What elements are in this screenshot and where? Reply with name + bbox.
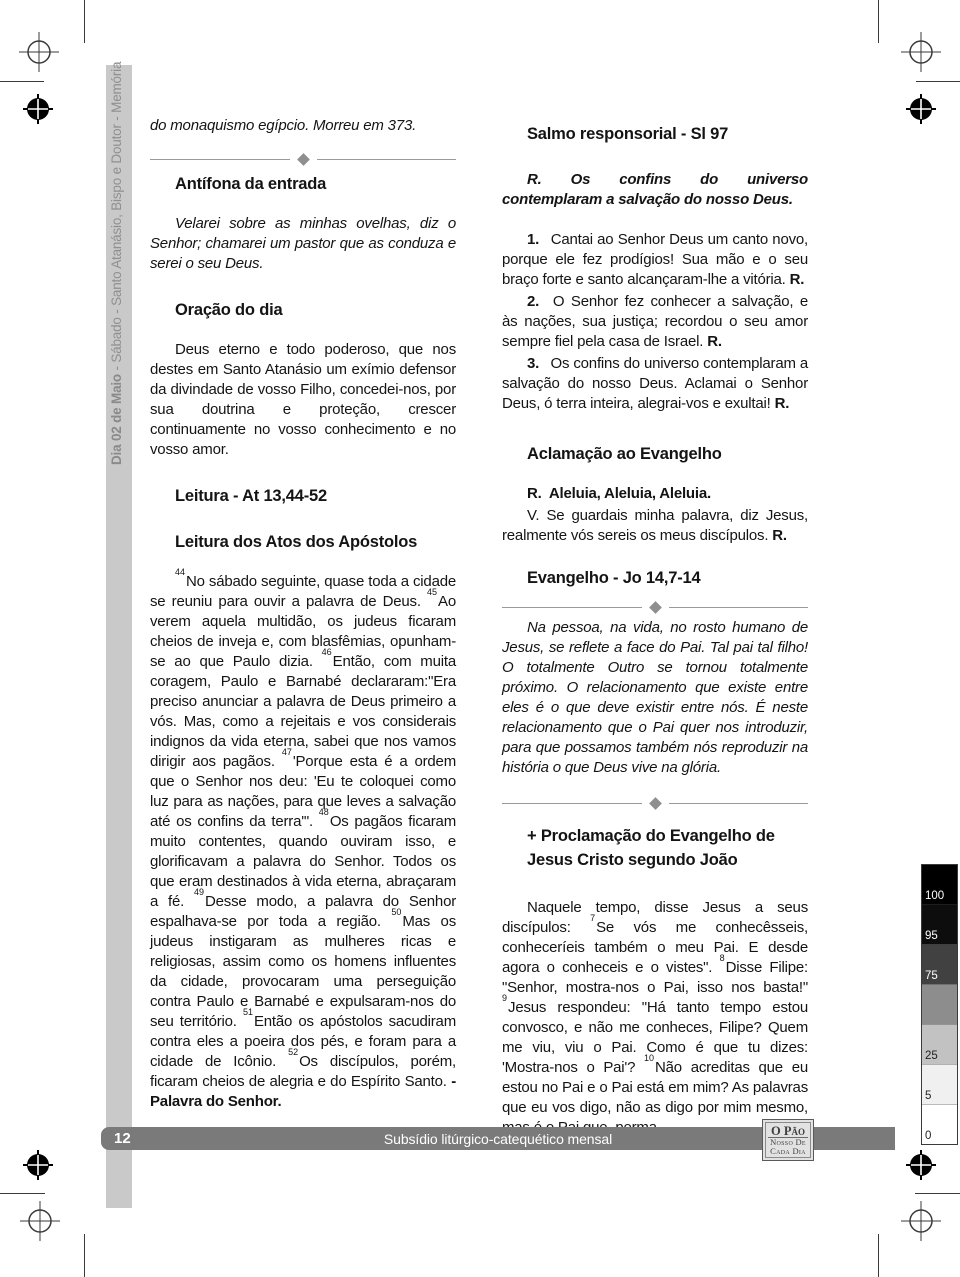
divider-line: [502, 803, 642, 804]
crop-mark: [878, 0, 879, 43]
crop-mark: [84, 0, 85, 43]
crop-mark: [878, 1234, 879, 1277]
section-divider: [502, 796, 808, 810]
gospel-title: Evangelho - Jo 14,7-14: [502, 568, 808, 588]
psalm-verse-2: 2. O Senhor fez conhecer a salvação, e à…: [502, 292, 808, 352]
section-divider: [502, 600, 808, 614]
calibration-swatch-label: 75: [925, 970, 938, 983]
psalm-verse-3: 3. Os confins do universo contemplaram a…: [502, 354, 808, 414]
entrance-antiphon-body: Velarei sobre as minhas ovelhas, diz o S…: [150, 214, 456, 274]
calibration-swatch-label: 25: [925, 1050, 938, 1063]
sidebar-date-bold: Dia 02 de Maio: [109, 374, 124, 465]
gospel-acclamation-verse: V. Se guardais minha palavra, diz Jesus,…: [502, 506, 808, 546]
calibration-swatch: 5: [922, 1064, 957, 1104]
entrance-antiphon-title: Antífona da entrada: [150, 174, 456, 194]
psalm-verse-1: 1. Cantai ao Senhor Deus um canto novo, …: [502, 230, 808, 290]
divider-line: [669, 803, 809, 804]
calibration-swatch: 0: [922, 1104, 957, 1144]
registration-mark-open-icon: [19, 32, 59, 72]
sidebar-date-label: Dia 02 de Maio - Sábado - Santo Atanásio…: [109, 62, 124, 465]
continuation-text: do monaquismo egípcio. Morreu em 373.: [150, 116, 456, 136]
registration-mark-filled-icon: [906, 1150, 936, 1180]
calibration-swatch-label: 0: [925, 1130, 931, 1143]
logo-pao-nosso-de-cada-dia: O Pão Nosso De Cada Dia: [762, 1119, 814, 1161]
gospel-acclamation-title: Aclamação ao Evangelho: [502, 444, 808, 464]
registration-mark-open-icon: [901, 1201, 941, 1241]
section-divider: [150, 152, 456, 166]
calibration-swatch-label: 5: [925, 1090, 931, 1103]
gospel-commentary: Na pessoa, na vida, no rosto humano de J…: [502, 618, 808, 778]
reading-title: Leitura - At 13,44-52: [150, 486, 456, 506]
logo-frame: O Pão Nosso De Cada Dia: [765, 1122, 811, 1158]
calibration-swatch: 75: [922, 944, 957, 984]
calibration-swatch-label: 100: [925, 890, 944, 903]
calibration-swatch-label: 95: [925, 930, 938, 943]
left-column: do monaquismo egípcio. Morreu em 373. An…: [150, 116, 456, 1112]
reading-subtitle: Leitura dos Atos dos Apóstolos: [150, 532, 456, 552]
page-number: 12: [114, 1130, 131, 1147]
divider-line: [502, 607, 642, 608]
reading-body: 44No sábado seguinte, quase toda a cidad…: [150, 572, 456, 1112]
day-prayer-title: Oração do dia: [150, 300, 456, 320]
psalm-response: R. Os confins do universo contemplaram a…: [502, 170, 808, 210]
diamond-icon: [297, 153, 310, 166]
diamond-icon: [649, 601, 662, 614]
divider-line: [150, 159, 290, 160]
crop-mark: [0, 81, 44, 82]
crop-mark: [0, 1193, 45, 1194]
registration-mark-filled-icon: [23, 94, 53, 124]
divider-line: [669, 607, 809, 608]
gospel-body: Naquele tempo, disse Jesus a seus discíp…: [502, 898, 808, 1138]
calibration-swatch: 25: [922, 1024, 957, 1064]
psalm-title: Salmo responsorial - Sl 97: [502, 124, 808, 144]
crop-mark: [915, 1193, 960, 1194]
logo-line-3: Cada Dia: [770, 1147, 806, 1156]
crop-mark: [916, 81, 960, 82]
registration-mark-filled-icon: [23, 1150, 53, 1180]
calibration-bar: 100 95 75 25 5 0: [921, 864, 958, 1145]
day-prayer-body: Deus eterno e todo poderoso, que nos des…: [150, 340, 456, 460]
registration-mark-open-icon: [901, 32, 941, 72]
logo-line-1: O Pão: [768, 1125, 808, 1138]
gospel-acclamation-response: R. Aleluia, Aleluia, Aleluia.: [502, 484, 808, 504]
divider-line: [317, 159, 457, 160]
page: Dia 02 de Maio - Sábado - Santo Atanásio…: [0, 0, 960, 1277]
registration-mark-open-icon: [20, 1201, 60, 1241]
gospel-proclamation-title: + Proclamação do Evangelho de Jesus Cris…: [502, 824, 808, 872]
right-column: Salmo responsorial - Sl 97 R. Os confins…: [502, 116, 808, 1138]
sidebar-date-rest: - Sábado - Santo Atanásio, Bispo e Douto…: [109, 62, 124, 374]
registration-mark-filled-icon: [906, 94, 936, 124]
calibration-swatch: 100: [922, 865, 957, 904]
calibration-swatch: [922, 984, 957, 1024]
calibration-swatch: 95: [922, 904, 957, 944]
diamond-icon: [649, 797, 662, 810]
crop-mark: [84, 1234, 85, 1277]
